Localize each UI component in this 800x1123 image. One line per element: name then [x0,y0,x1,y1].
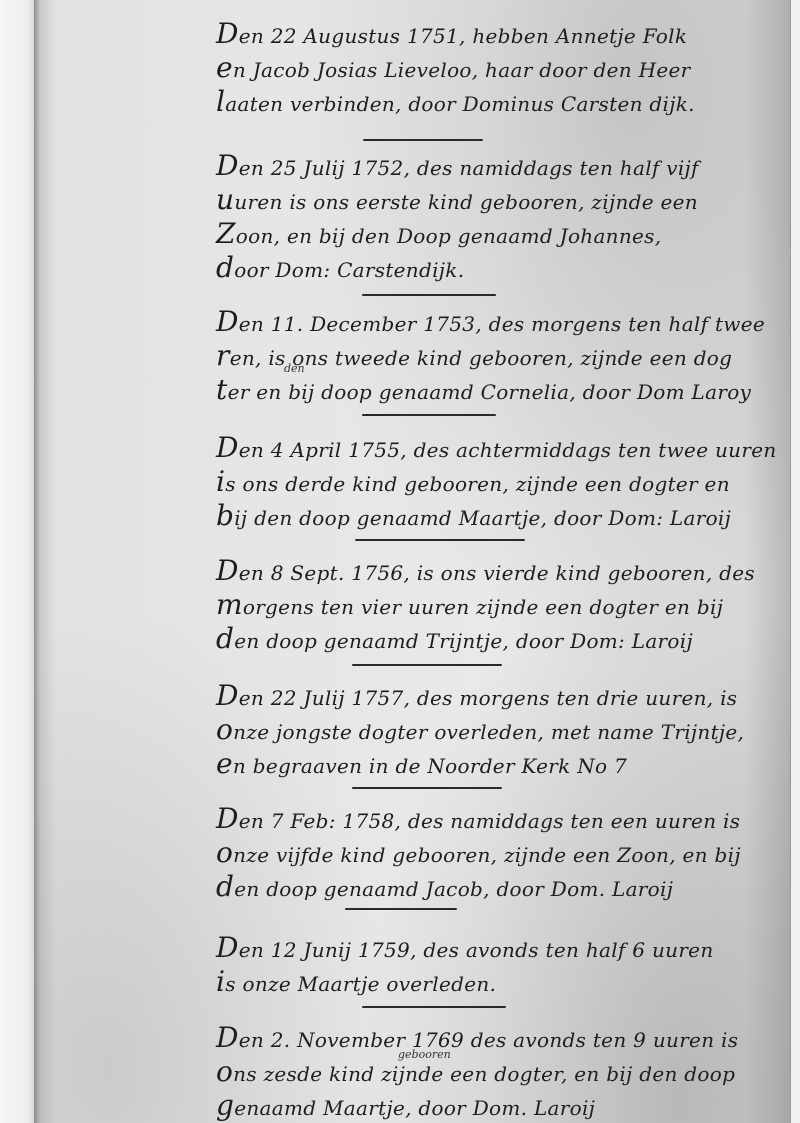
entry-line: Den 22 Augustus 1751, hebben Annetje Fol… [216,18,786,52]
entry-line: den doop genaamd Trijntje, door Dom: Lar… [216,623,786,657]
register-entries: Den 22 Augustus 1751, hebben Annetje Fol… [0,0,800,1123]
entry-line: Den 22 Julij 1757, des morgens ten drie … [216,680,786,714]
entry-death-trijntje: Den 22 Julij 1757, des morgens ten drie … [216,680,786,782]
entry-line: ter en bij doop genaamd Cornelia, door D… [216,374,786,408]
entry-birth-trijntje: Den 8 Sept. 1756, is ons vierde kind geb… [216,555,786,657]
entry-line: onze jongste dogter overleden, met name … [216,714,786,748]
entry-line: is onze Maartje overleden. [216,966,786,1000]
entry-line: laaten verbinden, door Dominus Carsten d… [216,86,786,120]
entry-divider [352,787,502,789]
entry-line: bij den doop genaamd Maartje, door Dom: … [216,500,786,534]
entry-line: Den 7 Feb: 1758, des namiddags ten een u… [216,803,786,837]
entry-line: door Dom: Carstendijk. [216,252,786,286]
entry-divider [362,414,496,416]
entry-divider [345,908,457,910]
entry-line: morgens ten vier uuren zijnde een dogter… [216,589,786,623]
entry-birth-jacob: Den 7 Feb: 1758, des namiddags ten een u… [216,803,786,905]
entry-line: onze vijfde kind gebooren, zijnde een Zo… [216,837,786,871]
entry-line: genaamd Maartje, door Dom. Laroij [216,1090,786,1123]
entry-line: den doop genaamd Jacob, door Dom. Laroij [216,871,786,905]
entry-line: uuren is ons eerste kind gebooren, zijnd… [216,184,786,218]
entry-line: en begraaven in de Noorder Kerk No 7 [216,748,786,782]
entry-divider [355,539,525,541]
entry-line: Den 25 Julij 1752, des namiddags ten hal… [216,150,786,184]
entry-line: Den 4 April 1755, des achtermiddags ten … [216,432,786,466]
entry-line: Den 2. November 1769 des avonds ten 9 uu… [216,1022,786,1056]
entry-death-maartje: Den 12 Junij 1759, des avonds ten half 6… [216,932,786,1000]
entry-line: ons zesde kind zijnde een dogter, en bij… [216,1056,786,1090]
entry-divider [362,294,496,296]
entry-marriage-1751: Den 22 Augustus 1751, hebben Annetje Fol… [216,18,786,120]
entry-line: Zoon, en bij den Doop genaamd Johannes, [216,218,786,252]
entry-birth-maartje-1755: Den 4 April 1755, des achtermiddags ten … [216,432,786,534]
entry-line: Den 11. December 1753, des morgens ten h… [216,306,786,340]
interlinear-insertion: gebooren [398,1048,451,1061]
entry-birth-maartje-1769: Den 2. November 1769 des avonds ten 9 uu… [216,1022,786,1123]
entry-line: Den 8 Sept. 1756, is ons vierde kind geb… [216,555,786,589]
entry-line: is ons derde kind gebooren, zijnde een d… [216,466,786,500]
entry-birth-cornelia: Den 11. December 1753, des morgens ten h… [216,306,786,408]
entry-divider [362,1006,506,1008]
entry-line: Den 12 Junij 1759, des avonds ten half 6… [216,932,786,966]
entry-divider [363,139,483,141]
entry-divider [352,664,502,666]
interlinear-insertion: den [284,362,305,375]
entry-line: en Jacob Josias Lieveloo, haar door den … [216,52,786,86]
entry-birth-johannes: Den 25 Julij 1752, des namiddags ten hal… [216,150,786,286]
